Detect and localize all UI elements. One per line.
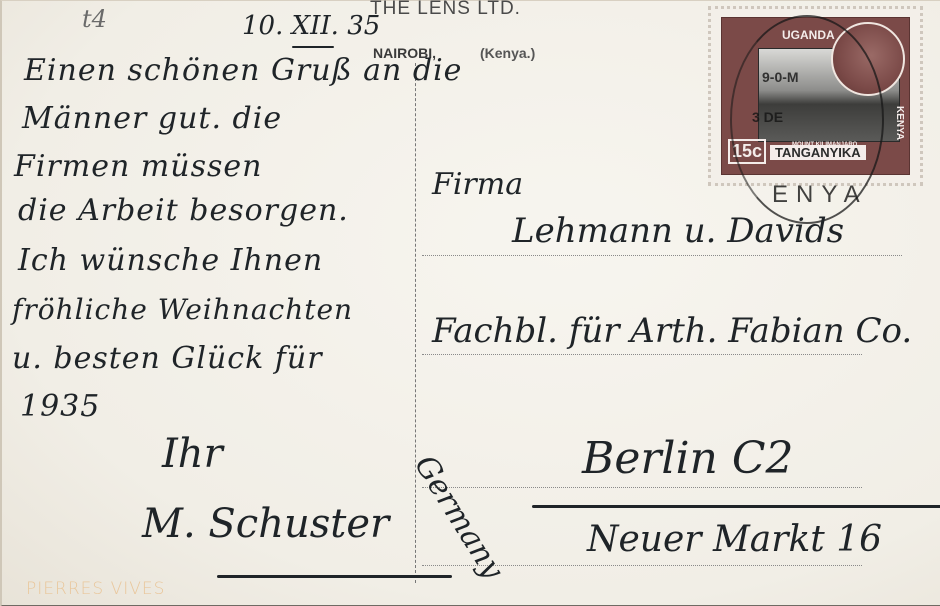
address-line-1	[422, 255, 902, 256]
message-line-8: 1935	[20, 389, 100, 424]
message-line-4: die Arbeit besorgen.	[18, 193, 349, 228]
address-line-2	[422, 354, 862, 355]
printed-company-name: THE LENS LTD.	[370, 0, 521, 20]
address-line2-text: Fachbl. für Arth. Fabian Co.	[432, 311, 912, 351]
address-line3-text: Berlin C2	[582, 433, 794, 484]
printed-country: (Kenya.)	[480, 45, 535, 61]
signature: M. Schuster	[142, 501, 389, 547]
message-line-5: Ich wünsche Ihnen	[18, 243, 323, 278]
postmark-bottom-text: ENYA	[772, 181, 868, 209]
message-line-3: Firmen müssen	[14, 149, 262, 184]
stamp-side-label: KENYA	[894, 106, 905, 140]
city-underline	[532, 505, 940, 508]
message-line-6: fröhliche Weihnachten	[12, 293, 353, 326]
date-underline	[292, 46, 334, 48]
handwritten-date: 10. XII. 35	[242, 11, 380, 41]
message-line-1: Einen schönen Gruß an die	[24, 53, 462, 88]
address-salutation: Firma	[432, 167, 523, 202]
message-line-2: Männer gut. die	[22, 101, 282, 136]
message-line-7: u. besten Glück für	[12, 341, 323, 376]
postmark-date: 3 DE	[752, 109, 783, 125]
reference-mark: t4	[82, 5, 107, 33]
address-line1-text: Lehmann u. Davids	[512, 211, 844, 251]
postmark-time: 9-0-M	[762, 69, 799, 85]
signature-underline	[217, 575, 452, 578]
closing: Ihr	[162, 431, 223, 477]
center-divider-line	[415, 63, 416, 583]
address-line4-text: Neuer Markt 16	[587, 519, 882, 560]
postcard-back: THE LENS LTD. NAIROBI, (Kenya.) UGANDA M…	[0, 0, 940, 606]
watermark: PIERRES VIVES	[26, 579, 165, 599]
address-line-3	[422, 487, 862, 488]
